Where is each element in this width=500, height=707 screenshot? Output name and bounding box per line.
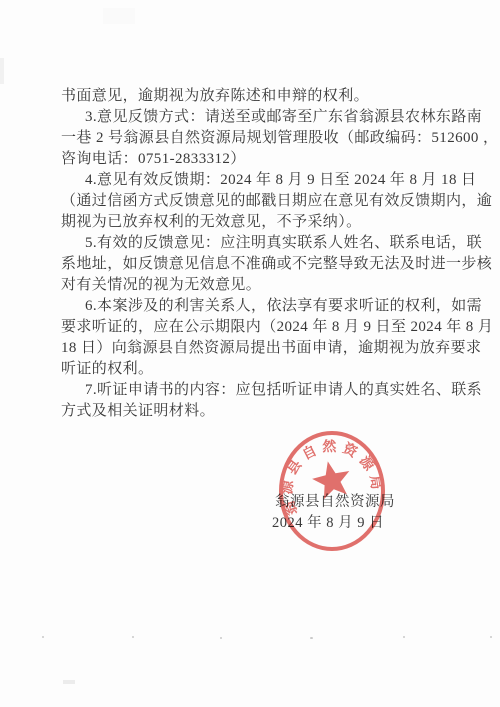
scan-smudge bbox=[63, 680, 75, 684]
body-line: 6.本案涉及的利害关系人，依法享有要求听证的权利，如需 bbox=[61, 296, 494, 317]
body-line: 7.听证申请书的内容：应包括听证申请人的真实姓名、联系 bbox=[61, 380, 494, 401]
body-line: 4.意见有效反馈期：2024 年 8 月 9 日至 2024 年 8 月 18 … bbox=[61, 170, 494, 191]
body-line: 系地址，如反馈意见信息不准确或不完整导致无法及时进一步核 bbox=[61, 254, 494, 275]
body-line: 5.有效的反馈意见：应注明真实联系人姓名、联系电话，联 bbox=[61, 233, 494, 254]
body-line: 对有关情况的视为无效意见。 bbox=[61, 275, 494, 296]
body-line: 要求听证的，应在公示期限内（2024 年 8 月 9 日至 2024 年 8 月 bbox=[61, 317, 494, 338]
scan-smudge bbox=[0, 58, 4, 84]
scan-speck bbox=[403, 636, 405, 638]
signature-date: 2024 年 8 月 9 日 bbox=[272, 511, 384, 532]
body-line: 咨询电话：0751-2833312） bbox=[61, 149, 494, 170]
body-line: 3.意见反馈方式：请送至或邮寄至广东省翁源县农林东路南 bbox=[61, 107, 494, 128]
scan-speck bbox=[42, 636, 44, 638]
body-line: 18 日）向翁源县自然资源局提出书面申请，逾期视为放弃要求 bbox=[61, 338, 494, 359]
body-line: 方式及相关证明材料。 bbox=[61, 401, 494, 422]
scanned-document-page: 书面意见，逾期视为放弃陈述和申辩的权利。3.意见反馈方式：请送至或邮寄至广东省翁… bbox=[0, 0, 500, 707]
scan-speck bbox=[490, 636, 492, 638]
scan-speck bbox=[132, 636, 134, 638]
body-line: 一巷 2 号翁源县自然资源局规划管理股收（邮政编码：512600 ， bbox=[61, 128, 494, 149]
body-line: （通过信函方式反馈意见的邮戳日期应在意见有效反馈期内，逾 bbox=[61, 191, 494, 212]
signature-agency: 翁源县自然资源局 bbox=[275, 490, 395, 511]
body-line: 听证的权利。 bbox=[61, 359, 494, 380]
scan-speck bbox=[220, 637, 222, 639]
scan-smudge bbox=[103, 8, 135, 24]
document-body: 书面意见，逾期视为放弃陈述和申辩的权利。3.意见反馈方式：请送至或邮寄至广东省翁… bbox=[61, 86, 494, 422]
scan-speck bbox=[310, 637, 313, 639]
body-line: 期视为已放弃权利的无效意见，不予采纳）。 bbox=[61, 212, 494, 233]
body-line: 书面意见，逾期视为放弃陈述和申辩的权利。 bbox=[61, 86, 494, 107]
